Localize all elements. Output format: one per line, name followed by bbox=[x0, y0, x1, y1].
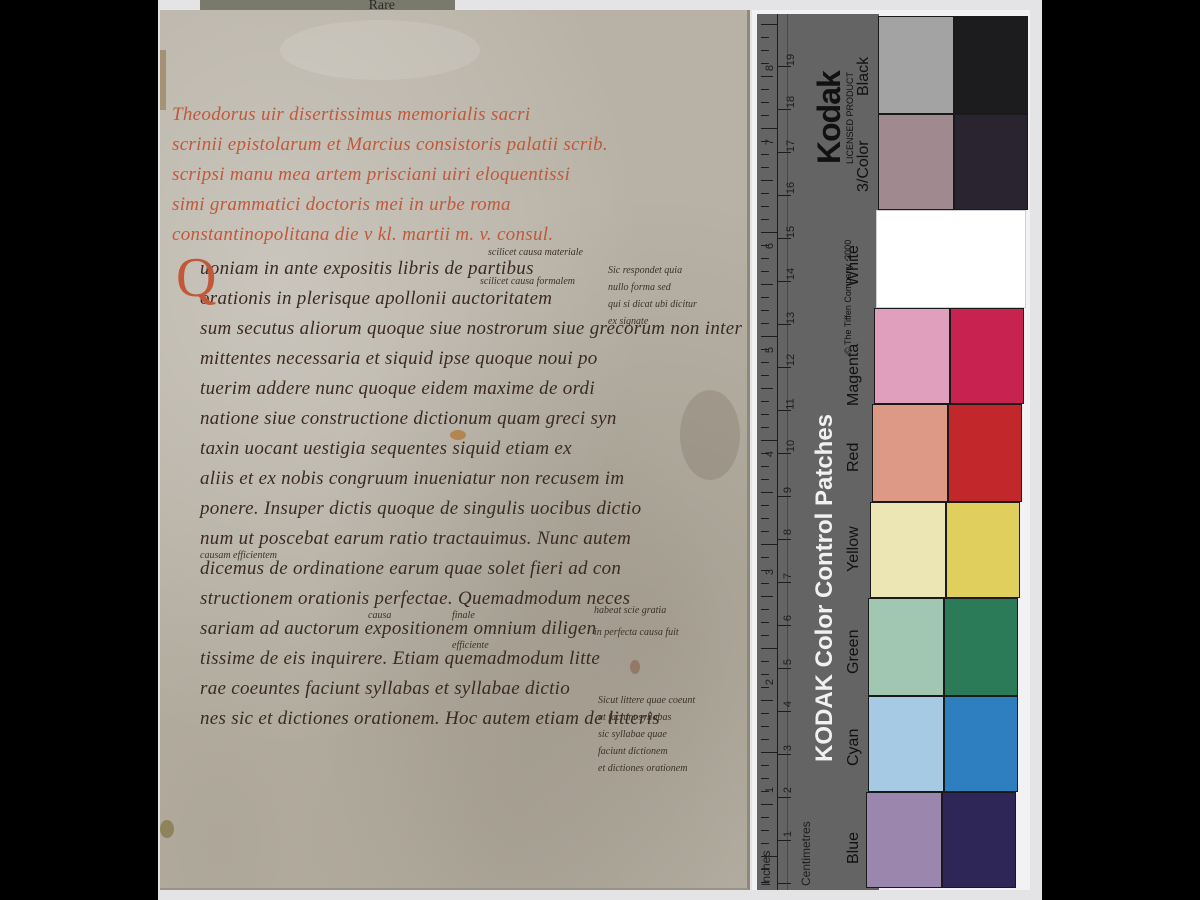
patch-label-blue: Blue bbox=[845, 832, 863, 864]
ruler-tick bbox=[761, 24, 777, 25]
ruler-tick bbox=[761, 687, 769, 688]
ruler-tick bbox=[761, 453, 769, 454]
ruler-tick bbox=[761, 388, 773, 389]
cm-mark: 3 bbox=[782, 745, 794, 751]
ruler-tick bbox=[761, 648, 777, 649]
patch-magenta-dark bbox=[950, 308, 1024, 404]
text-line: aliis et ex nobis congruum inueniatur no… bbox=[200, 464, 612, 494]
ruler-tick bbox=[761, 440, 777, 441]
ruler-tick bbox=[761, 713, 769, 714]
ruler-tick bbox=[761, 180, 773, 181]
kodak-logo: Kodak bbox=[811, 71, 848, 164]
marginal-line: Sicut littere quae coeunt bbox=[598, 692, 695, 709]
ruler-tick bbox=[761, 856, 777, 857]
ruler-tick bbox=[761, 557, 769, 558]
cm-mark: 1 bbox=[782, 831, 794, 837]
ruler-tick bbox=[777, 754, 791, 755]
rubric-line: constantinopolitana die v kl. martii m. … bbox=[172, 220, 612, 250]
rubric-colophon: Theodorus uir disertissimus memorialis s… bbox=[172, 100, 612, 250]
inch-mark: 4 bbox=[764, 451, 776, 457]
ruler-tick bbox=[761, 765, 769, 766]
patch-cyan-light bbox=[868, 696, 944, 792]
text-line: structionem orationis perfectae. Quemadm… bbox=[200, 584, 612, 614]
manuscript-text: Theodorus uir disertissimus memorialis s… bbox=[172, 100, 612, 734]
ruler-tick bbox=[761, 336, 777, 337]
ruler-tick bbox=[777, 453, 791, 454]
patch-red-light bbox=[872, 404, 948, 502]
marginal-note: Sicut littere quae coeunt ut faciunt syl… bbox=[598, 692, 695, 777]
inch-mark: 8 bbox=[764, 65, 776, 71]
patch-3color-light bbox=[878, 114, 954, 210]
text-line: mittentes necessaria et siquid ipse quoq… bbox=[200, 344, 612, 374]
interlinear-gloss: causa bbox=[368, 610, 391, 621]
patch-red-dark bbox=[948, 404, 1022, 502]
rubric-line: simi grammatici doctoris mei in urbe rom… bbox=[172, 190, 612, 220]
interlinear-gloss: efficiente bbox=[452, 640, 489, 651]
text-line: tuerim addere nunc quoque eidem maxime d… bbox=[200, 374, 612, 404]
ruler-tick bbox=[761, 76, 773, 77]
ruler-tick bbox=[761, 63, 769, 64]
ruler-tick bbox=[761, 427, 769, 428]
rubric-line: scrinii epistolarum et Marcius consistor… bbox=[172, 130, 612, 160]
stain bbox=[280, 20, 480, 80]
cm-mark: 13 bbox=[785, 312, 797, 324]
ruler-tick bbox=[777, 625, 791, 626]
cm-mark: 15 bbox=[785, 226, 797, 238]
ruler-tick bbox=[761, 531, 769, 532]
ruler-tick bbox=[761, 323, 769, 324]
marginal-line: faciunt dictionem bbox=[598, 743, 695, 760]
ruler-tick bbox=[761, 609, 769, 610]
patch-3color-dark bbox=[954, 114, 1028, 210]
ruler-tick bbox=[761, 349, 769, 350]
ruler-tick bbox=[777, 324, 791, 325]
ruler-tick bbox=[761, 661, 769, 662]
ruler-tick bbox=[761, 167, 769, 168]
main-text: uoniam in ante expositis libris de parti… bbox=[172, 254, 612, 734]
ruler-tick bbox=[761, 271, 769, 272]
ruler-edge bbox=[777, 14, 778, 890]
patch-label-magenta: Magenta bbox=[845, 344, 863, 406]
ruler-tick bbox=[761, 50, 769, 51]
cm-mark: 5 bbox=[782, 659, 794, 665]
stain bbox=[630, 660, 640, 674]
marginal-line: habeat scie gratia bbox=[594, 600, 679, 622]
cm-mark: 18 bbox=[785, 96, 797, 108]
cm-mark: 12 bbox=[785, 354, 797, 366]
ruler-tick bbox=[761, 375, 769, 376]
cm-mark: 11 bbox=[785, 398, 797, 409]
ruler-tick bbox=[761, 297, 769, 298]
text-line: rae coeuntes faciunt syllabas et syllaba… bbox=[200, 674, 612, 704]
ruler-tick bbox=[761, 752, 777, 753]
cm-mark: 17 bbox=[785, 140, 797, 152]
cm-mark: 6 bbox=[782, 615, 794, 621]
ruler-tick bbox=[777, 840, 791, 841]
ruler-tick bbox=[777, 281, 791, 282]
patch-yellow-dark bbox=[946, 502, 1020, 598]
patch-green-dark bbox=[944, 598, 1018, 696]
stain bbox=[160, 820, 174, 838]
ruler-tick bbox=[761, 544, 777, 545]
marginal-line: ut faciunt syllabas bbox=[598, 709, 695, 726]
ruler-tick bbox=[761, 37, 769, 38]
patch-magenta-light bbox=[874, 308, 950, 404]
ruler-tick bbox=[761, 882, 769, 883]
ruler-tick bbox=[777, 539, 791, 540]
inch-mark: 6 bbox=[764, 243, 776, 249]
ruler-tick bbox=[761, 830, 769, 831]
rubric-line: scripsi manu mea artem prisciani uiri el… bbox=[172, 160, 612, 190]
marginal-line: in perfecta causa fuit bbox=[594, 622, 679, 644]
ruler-tick bbox=[761, 869, 769, 870]
patch-white bbox=[876, 210, 1026, 308]
interlinear-gloss: finale bbox=[452, 610, 475, 621]
marginal-line: sic syllabae quae bbox=[598, 726, 695, 743]
ruler-tick bbox=[761, 804, 773, 805]
ruler-tick bbox=[761, 726, 769, 727]
patch-black-light bbox=[878, 16, 954, 114]
text-line: ponere. Insuper dictis quoque de singuli… bbox=[200, 494, 612, 524]
ruler-tick bbox=[761, 245, 769, 246]
ruler-tick bbox=[761, 596, 773, 597]
patch-label-red: Red bbox=[845, 443, 863, 472]
ruler-tick bbox=[761, 622, 769, 623]
ruler-tick bbox=[777, 152, 791, 153]
interlinear-gloss: scilicet causa materiale bbox=[488, 247, 583, 258]
patch-yellow-light bbox=[870, 502, 946, 598]
ruler-tick bbox=[761, 843, 769, 844]
cm-mark: 4 bbox=[782, 701, 794, 707]
interlinear-gloss: scilicet causa formalem bbox=[480, 276, 575, 287]
ruler-tick bbox=[761, 89, 769, 90]
text-line: tissime de eis inquirere. Etiam quemadmo… bbox=[200, 644, 612, 674]
ruler-tick bbox=[761, 232, 777, 233]
ruler-tick bbox=[761, 206, 769, 207]
ruler-tick bbox=[761, 739, 769, 740]
ruler-tick bbox=[761, 817, 769, 818]
ruler-tick bbox=[777, 238, 791, 239]
ruler: 8 7 6 5 4 3 2 1 19 18 17 16 15 14 13 12 … bbox=[757, 14, 879, 890]
cm-mark: 7 bbox=[782, 573, 794, 579]
ruler-tick bbox=[761, 583, 769, 584]
patch-label-green: Green bbox=[845, 630, 863, 674]
ruler-tick bbox=[761, 466, 769, 467]
strip-title: KODAK Color Control Patches bbox=[811, 414, 839, 762]
inch-mark: 1 bbox=[764, 787, 776, 793]
text-line: nes sic et dictiones orationem. Hoc aute… bbox=[200, 704, 612, 734]
cm-mark: 2 bbox=[782, 787, 794, 793]
ruler-tick bbox=[777, 797, 791, 798]
ruler-tick bbox=[777, 883, 791, 884]
marginal-line: Sic respondet quia bbox=[608, 262, 697, 279]
rubric-line: Theodorus uir disertissimus memorialis s… bbox=[172, 100, 612, 130]
text-line: sariam ad auctorum expositionem omnium d… bbox=[200, 614, 612, 644]
decorated-initial: Q bbox=[176, 250, 216, 306]
ruler-tick bbox=[777, 410, 791, 411]
ruler-tick bbox=[761, 635, 769, 636]
cm-mark: 8 bbox=[782, 529, 794, 535]
ruler-tick bbox=[761, 115, 769, 116]
patch-label-yellow: Yellow bbox=[845, 526, 863, 572]
patch-label-cyan: Cyan bbox=[845, 729, 863, 766]
ruler-tick bbox=[761, 570, 769, 571]
ruler-tick bbox=[761, 258, 769, 259]
ruler-tick bbox=[777, 711, 791, 712]
marginal-line: et dictiones orationem bbox=[598, 760, 695, 777]
ruler-tick bbox=[777, 668, 791, 669]
centimetres-label: Centimetres bbox=[799, 821, 813, 886]
patch-blue-dark bbox=[942, 792, 1016, 888]
patch-label-white: White bbox=[845, 245, 863, 286]
ruler-tick bbox=[761, 284, 773, 285]
marginal-line: qui si dicat ubi dicitur bbox=[608, 296, 697, 313]
ruler-tick bbox=[761, 778, 769, 779]
cm-mark: 16 bbox=[785, 182, 797, 194]
patch-blue-light bbox=[866, 792, 942, 888]
cm-mark: 14 bbox=[785, 268, 797, 280]
ruler-tick bbox=[761, 791, 769, 792]
marginal-note: habeat scie gratia in perfecta causa fui… bbox=[594, 600, 679, 644]
text-line: orationis in plerisque apollonii auctori… bbox=[200, 284, 612, 314]
patch-black-dark bbox=[954, 16, 1028, 114]
ruler-tick bbox=[761, 154, 769, 155]
ruler-tick bbox=[777, 109, 791, 110]
ruler-tick bbox=[761, 674, 769, 675]
ruler-tick bbox=[777, 582, 791, 583]
marginal-line: nullo forma sed bbox=[608, 279, 697, 296]
ruler-tick bbox=[761, 141, 769, 142]
text-line: sum secutus aliorum quoque siue nostroru… bbox=[200, 314, 612, 344]
ruler-tick bbox=[761, 700, 773, 701]
ruler-tick bbox=[761, 219, 769, 220]
inch-mark: 2 bbox=[764, 679, 776, 685]
ruler-tick bbox=[761, 128, 777, 129]
ruler-tick bbox=[761, 310, 769, 311]
ruler-tick bbox=[777, 367, 791, 368]
text-line: taxin uocant uestigia sequentes siquid e… bbox=[200, 434, 612, 464]
color-patches bbox=[866, 14, 1030, 890]
ruler-tick bbox=[761, 505, 769, 506]
ruler-tick bbox=[761, 102, 769, 103]
inch-mark: 5 bbox=[764, 347, 776, 353]
ruler-tick bbox=[761, 492, 773, 493]
stain bbox=[680, 390, 740, 480]
patch-green-light bbox=[868, 598, 944, 696]
inch-mark: 7 bbox=[764, 139, 776, 145]
ruler-tick bbox=[761, 362, 769, 363]
text-line: natione siue constructione dictionum qua… bbox=[200, 404, 612, 434]
ruler-tick bbox=[777, 66, 791, 67]
marginal-note: Sic respondet quia nullo forma sed qui s… bbox=[608, 262, 697, 330]
patch-cyan-dark bbox=[944, 696, 1018, 792]
ruler-tick bbox=[761, 401, 769, 402]
cm-mark: 19 bbox=[785, 54, 797, 66]
marginal-line: ex signate bbox=[608, 313, 697, 330]
cm-mark: 10 bbox=[785, 440, 797, 452]
ruler-tick bbox=[777, 195, 791, 196]
ruler-tick bbox=[761, 414, 769, 415]
interlinear-gloss: causam efficientem bbox=[200, 550, 277, 561]
licensed-product-text: LICENSED PRODUCT bbox=[845, 72, 855, 164]
ruler-tick bbox=[761, 479, 769, 480]
ruler-tick bbox=[761, 518, 769, 519]
ruler-tick bbox=[777, 496, 791, 497]
ruler-tick bbox=[761, 193, 769, 194]
cm-mark: 9 bbox=[782, 487, 794, 493]
